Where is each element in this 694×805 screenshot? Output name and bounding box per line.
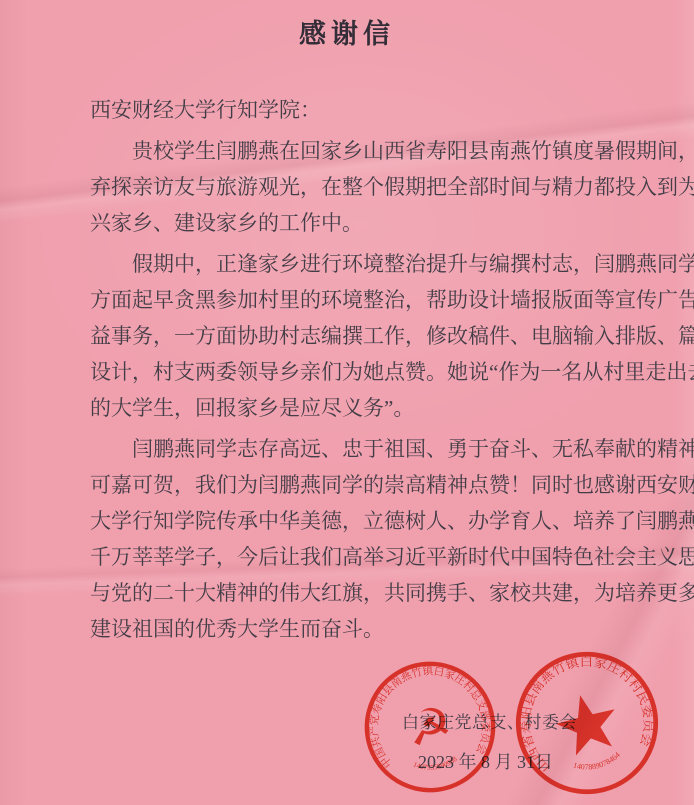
star-icon — [551, 688, 623, 758]
seal-serial-number: 1407889078464 — [570, 749, 623, 776]
letter-line: 可嘉可贺，我们为闫鹏燕同学的崇高精神点赞！同时也感谢西安财经 — [90, 467, 627, 503]
letter-line: 弃探亲访友与旅游观光，在整个假期把全部时间与精力都投入到为振 — [90, 169, 627, 205]
letter-body: 西安财经大学行知学院： 贵校学生闫鹏燕在回家乡山西省寿阳县南燕竹镇度暑假期间，放… — [90, 92, 627, 647]
letter-line: 闫鹏燕同学志存高远、忠于祖国、勇于奋斗、无私奉献的精神， — [90, 431, 627, 467]
party-branch-seal: 中国共产党寿阳县南燕竹镇白家庄村总支部委员会 ☭ 1407555890988 — [353, 650, 507, 804]
letter-line: 方面起早贪黑参加村里的环境整治，帮助设计墙报版面等宣传广告公 — [90, 282, 627, 318]
letter-line: 大学行知学院传承中华美德，立德树人、办学育人、培养了闫鹏燕等 — [90, 503, 627, 539]
village-committee-seal: 山西省寿阳县南燕竹镇白家庄村村民委员会 1407889078464 — [497, 633, 676, 805]
letter-line: 千万莘莘学子，今后让我们高举习近平新时代中国特色社会主义思想 — [90, 539, 627, 575]
letter-page: 感谢信 西安财经大学行知学院： 贵校学生闫鹏燕在回家乡山西省寿阳县南燕竹镇度暑假… — [0, 0, 694, 805]
letter-line: 贵校学生闫鹏燕在回家乡山西省寿阳县南燕竹镇度暑假期间，放 — [90, 133, 627, 169]
letter-line: 假期中，正逢家乡进行环境整治提升与编撰村志，闫鹏燕同学一 — [90, 246, 627, 282]
letter-line: 益事务，一方面协助村志编撰工作，修改稿件、电脑输入排版、篇章 — [90, 318, 627, 354]
letter-title: 感谢信 — [0, 12, 694, 51]
letter-line: 兴家乡、建设家乡的工作中。 — [90, 205, 627, 241]
salutation: 西安财经大学行知学院： — [90, 92, 627, 128]
letter-line: 建设祖国的优秀大学生而奋斗。 — [90, 611, 627, 647]
hammer-sickle-icon: ☭ — [405, 697, 456, 759]
letter-line: 的大学生，回报家乡是应尽义务”。 — [90, 390, 627, 426]
letter-line: 与党的二十大精神的伟大红旗，共同携手、家校共建，为培养更多的 — [90, 575, 627, 611]
letter-line: 设计，村支两委领导乡亲们为她点赞。她说“作为一名从村里走出去 — [90, 354, 627, 390]
